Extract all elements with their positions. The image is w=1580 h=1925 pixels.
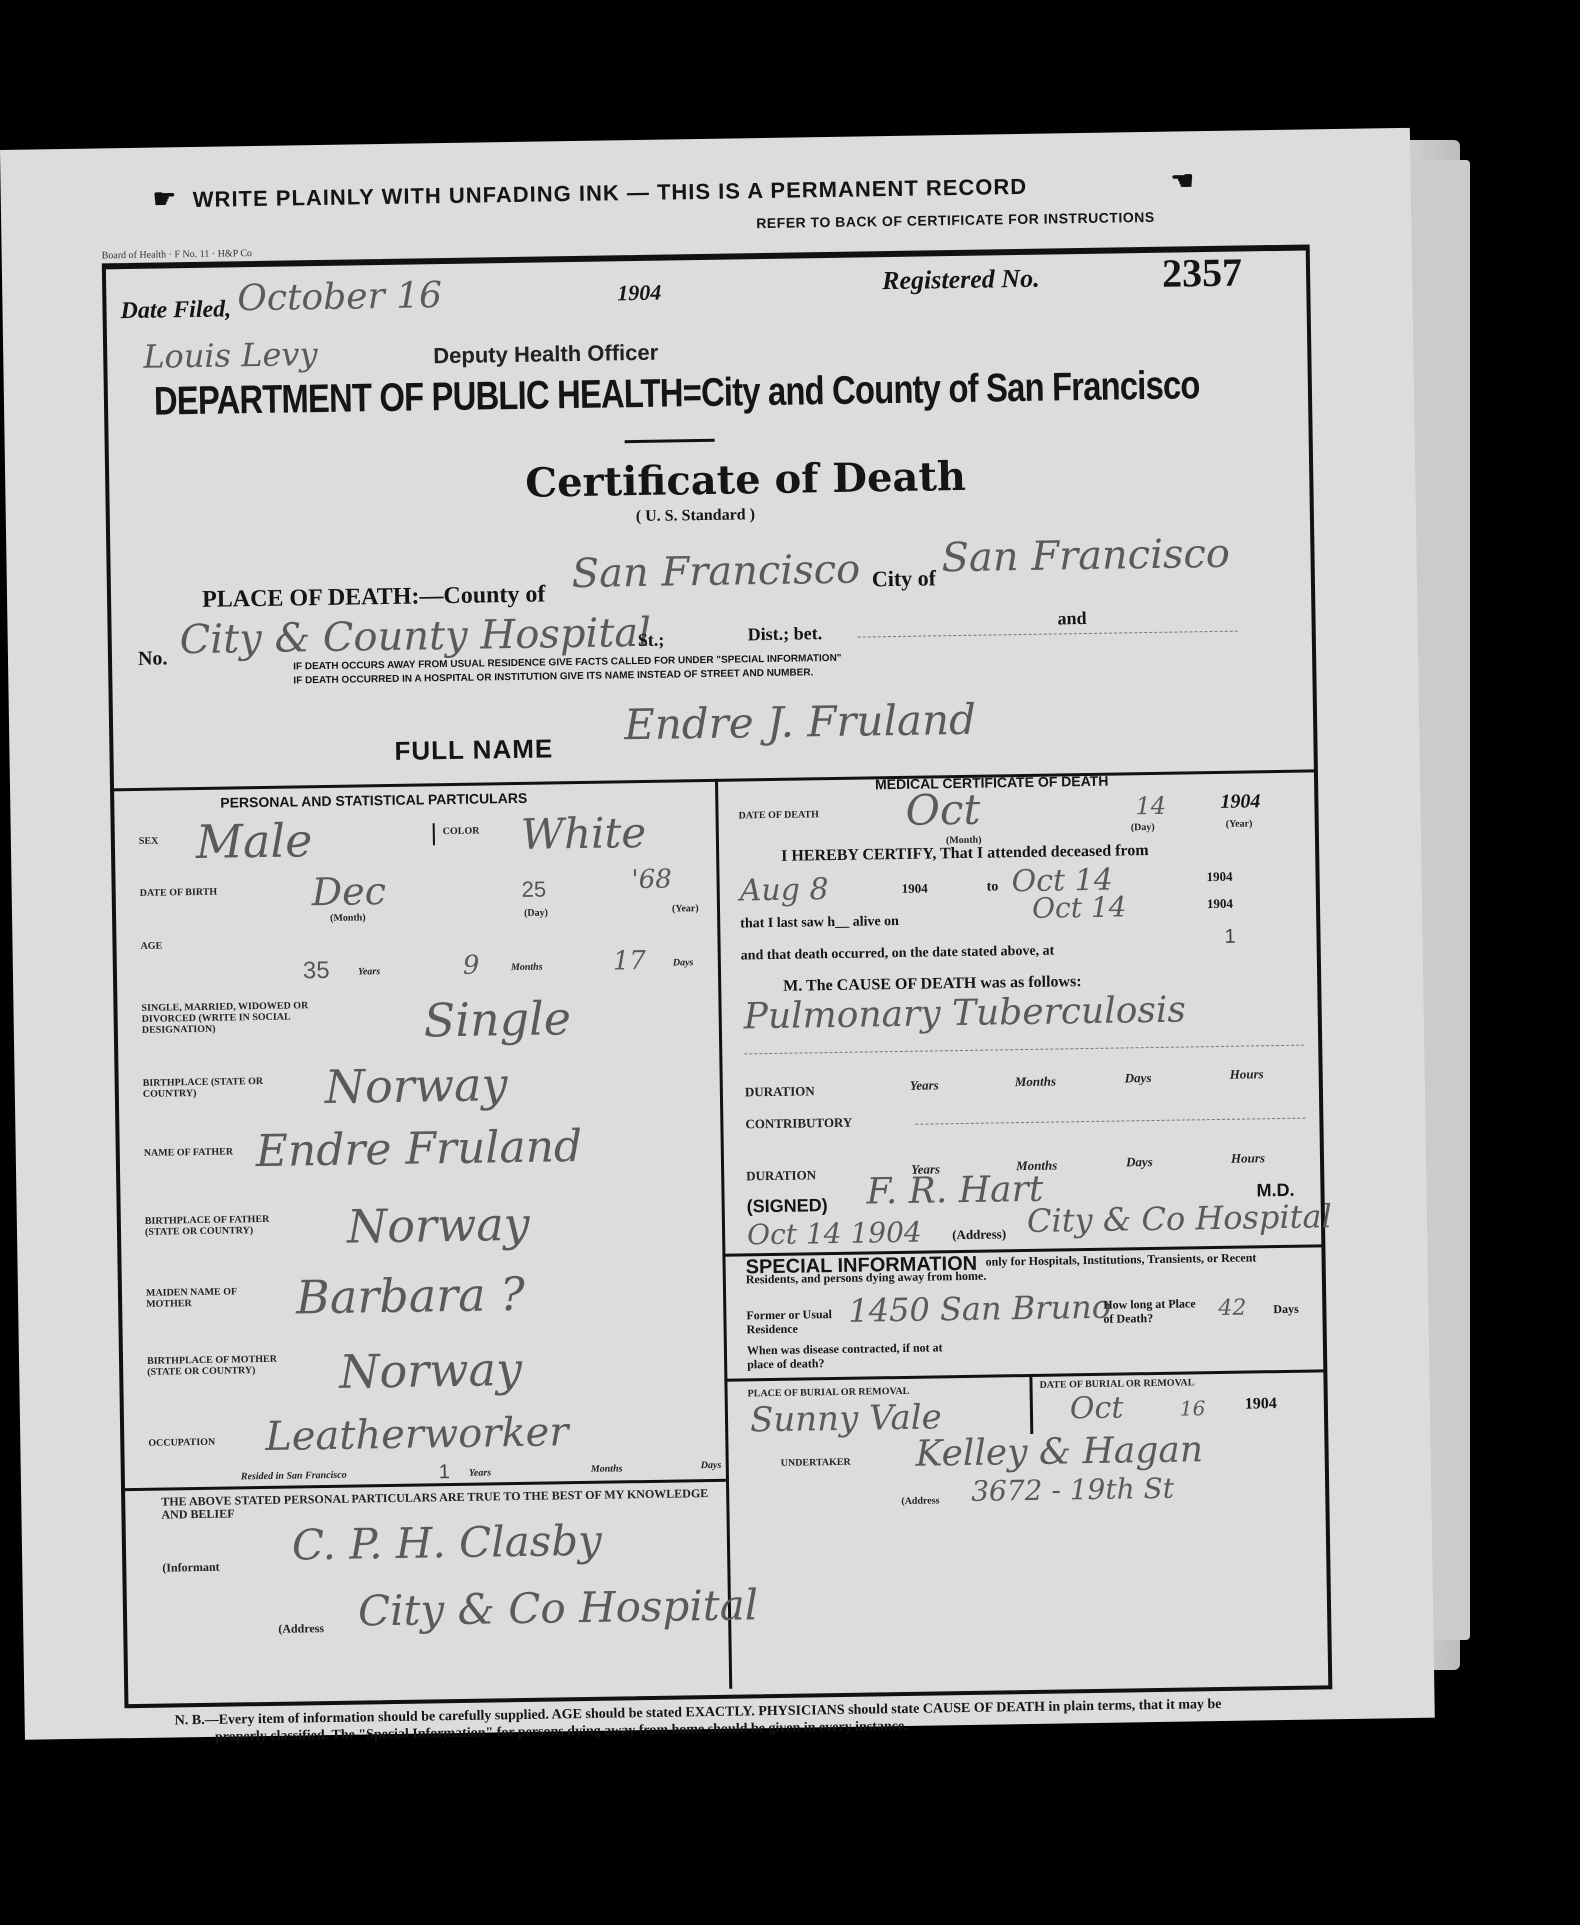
refer-instructions: REFER TO BACK OF CERTIFICATE FOR INSTRUC…: [756, 209, 1155, 231]
birthplace-label: BIRTHPLACE (State or Country): [143, 1076, 293, 1100]
duration-label: DURATION: [745, 1085, 815, 1097]
printer-mark: Board of Health · F No. 11 · H&P Co: [102, 248, 253, 261]
officer-title: Deputy Health Officer: [433, 340, 658, 370]
duration2-label: DURATION: [746, 1169, 816, 1181]
full-name-label: FULL NAME: [394, 733, 553, 766]
undertaker-label: UNDERTAKER: [781, 1457, 851, 1469]
age-months-label: Months: [511, 962, 543, 973]
dod-year: 1904: [1220, 790, 1260, 814]
duration-hours: Hours: [1230, 1068, 1264, 1080]
resided-years: 1: [439, 1461, 450, 1484]
last-saw-label: that I last saw h__ alive on: [740, 914, 899, 932]
undertaker-address: 3672 - 19th St: [971, 1472, 1174, 1508]
age-label: AGE: [140, 941, 162, 952]
marital-label: SINGLE, MARRIED, WIDOWED OR DIVORCED (Wr…: [141, 1000, 341, 1036]
father-label: NAME OF FATHER: [144, 1146, 234, 1158]
medical-address-label: (Address): [952, 1226, 1006, 1243]
duration2-hours: Hours: [1231, 1152, 1265, 1164]
burial-date-day: 16: [1180, 1396, 1206, 1420]
mother-birthplace-label: BIRTHPLACE OF MOTHER (State or Country): [147, 1353, 297, 1377]
district-label: Dist.; bet.: [748, 623, 823, 645]
dod-day-sub: (Day): [1131, 822, 1155, 833]
pointing-hand-icon: ☛: [153, 183, 177, 214]
registered-number: 2357: [1162, 249, 1243, 297]
how-long-days: Days: [1273, 1302, 1299, 1317]
color-value: White: [520, 808, 646, 859]
color-divider: [433, 823, 435, 845]
duration-months: Months: [1015, 1076, 1056, 1088]
dob-month-sub: (Month): [330, 912, 366, 924]
city-value: San Francisco: [941, 531, 1230, 582]
medical-address: City & Co Hospital: [1027, 1197, 1332, 1240]
occupation-label: OCCUPATION: [148, 1437, 215, 1449]
age-days-label: Days: [673, 957, 694, 968]
informant-label: (Informant: [162, 1562, 219, 1574]
standard-note: ( U. S. Standard ): [636, 506, 755, 526]
date-filed-value: October 16: [237, 275, 442, 319]
burial-place-value: Sunny Vale: [750, 1397, 942, 1440]
father-birthplace-label: BIRTHPLACE OF FATHER (State or Country): [145, 1214, 295, 1238]
age-years: 35: [303, 957, 330, 985]
banner: WRITE PLAINLY WITH UNFADING INK — THIS I…: [193, 174, 1028, 213]
duration2-days: Days: [1126, 1156, 1153, 1167]
attended-from-year: 1904: [902, 881, 928, 897]
father-value: Endre Fruland: [255, 1121, 582, 1177]
filed-year: 1904: [617, 280, 661, 307]
dob-day-sub: (Day): [524, 907, 548, 918]
dod-label: DATE OF DEATH: [738, 809, 819, 821]
officer-signature: Louis Levy: [143, 335, 318, 376]
resided-months-label: Months: [591, 1463, 623, 1474]
signed-by: F. R. Hart: [866, 1169, 1043, 1213]
age-months: 9: [463, 951, 480, 981]
informant-address: City & Co Hospital: [358, 1580, 759, 1635]
hospital-name-value: City & County Hospital: [179, 610, 651, 663]
resided-label: Resided in San Francisco: [241, 1470, 347, 1483]
signed-date: Oct 14 1904: [747, 1216, 922, 1252]
age-years-label: Years: [358, 966, 380, 977]
last-saw-value: Oct 14: [1032, 890, 1127, 924]
attended-to-year: 1904: [1206, 869, 1232, 885]
mother-value: Barbara ?: [296, 1267, 526, 1325]
undertaker-value: Kelley & Hagan: [915, 1429, 1203, 1475]
certificate-title: Certificate of Death: [525, 453, 966, 507]
resided-days-label: Days: [701, 1460, 722, 1471]
and-label: and: [1057, 608, 1086, 629]
occurred-time: 1: [1224, 926, 1235, 949]
burial-date-month: Oct: [1070, 1391, 1124, 1427]
sex-value: Male: [195, 813, 312, 869]
marital-value: Single: [423, 991, 571, 1047]
mother-birthplace-value: Norway: [339, 1342, 523, 1399]
resided-years-label: Years: [469, 1467, 491, 1478]
undertaker-address-label: (Address: [901, 1495, 939, 1507]
duration-days: Days: [1125, 1072, 1152, 1083]
cause-value: Pulmonary Tuberculosis: [743, 989, 1186, 1037]
color-label: COLOR: [443, 826, 480, 838]
contracted-label: When was disease contracted, if not at p…: [747, 1340, 967, 1371]
dob-year: '68: [631, 865, 672, 896]
no-label: No.: [138, 647, 168, 670]
signed-label: (SIGNED): [747, 1195, 828, 1217]
informant-address-label: (Address: [278, 1623, 324, 1635]
city-label: City of: [872, 565, 937, 592]
sex-label: SEX: [139, 836, 159, 847]
attended-from: Aug 8: [739, 872, 828, 908]
informant-name: C. P. H. Clasby: [292, 1516, 603, 1570]
pointing-hand-icon: ☛: [1170, 165, 1194, 196]
dod-year-sub: (Year): [1226, 818, 1253, 829]
dob-month: Dec: [311, 869, 386, 914]
residence-label: Former or Usual Residence: [746, 1307, 846, 1337]
burial-date-year: 1904: [1245, 1395, 1277, 1414]
occupation-value: Leatherworker: [265, 1409, 569, 1460]
dob-year-sub: (Year): [672, 903, 699, 914]
date-filed-label: Date Filed,: [120, 296, 231, 325]
father-birthplace-value: Norway: [347, 1197, 531, 1254]
to-label: to: [987, 879, 999, 895]
residence-value: 1450 San Bruno: [848, 1288, 1111, 1330]
street-label: St.;: [638, 630, 665, 651]
last-saw-year: 1904: [1207, 896, 1233, 912]
birthplace-value: Norway: [324, 1057, 508, 1114]
duration-years: Years: [910, 1079, 939, 1090]
full-name-value: Endre J. Fruland: [624, 695, 977, 750]
place-of-death-label: PLACE OF DEATH:—County of: [202, 581, 546, 613]
certificate-page: ☛ WRITE PLAINLY WITH UNFADING INK — THIS…: [0, 128, 1435, 1740]
dob-day: 25: [521, 877, 546, 903]
dod-month: Oct: [905, 785, 981, 835]
county-value: San Francisco: [571, 547, 860, 598]
dod-day: 14: [1135, 792, 1166, 820]
mother-label: MAIDEN NAME OF MOTHER: [146, 1286, 276, 1310]
age-days: 17: [613, 946, 647, 977]
dob-label: DATE OF BIRTH: [140, 887, 218, 899]
how-long-label: How long at Place of Death?: [1103, 1296, 1203, 1326]
contributory-label: CONTRIBUTORY: [745, 1117, 852, 1130]
registered-label: Registered No.: [882, 264, 1040, 296]
how-long-value: 42: [1218, 1296, 1246, 1321]
